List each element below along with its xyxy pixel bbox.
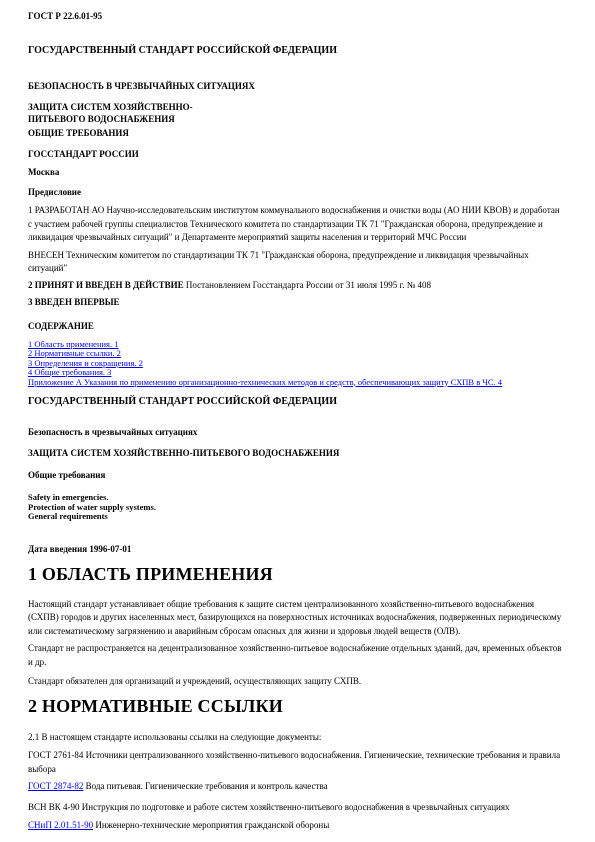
title-requirements: Общие требования <box>28 469 565 481</box>
toc-link-general-requirements[interactable]: 4 Общие требования. 3 <box>28 367 111 377</box>
effective-date: Дата введения 1996-07-01 <box>28 543 565 555</box>
safety-title: БЕЗОПАСНОСТЬ В ЧРЕЗВЫЧАЙНЫХ СИТУАЦИЯХ <box>28 80 565 92</box>
toc-item: Приложение А Указания по применению орга… <box>28 378 565 388</box>
foreword-item-2-label: 2 ПРИНЯТ И ВВЕДЕН В ДЕЙСТВИЕ <box>28 280 184 290</box>
foreword-item-1: 1 РАЗРАБОТАН АО Научно-исследовательским… <box>28 204 565 245</box>
section-1-paragraph-1: Настоящий стандарт устанавливает общие т… <box>28 598 565 639</box>
toc-link-normative-references[interactable]: 2 Нормативные ссылки. 2 <box>28 348 121 358</box>
reference-gost-2761-code: ГОСТ 2761-84 <box>28 750 83 760</box>
reference-vsn-vk-4-90: ВСН ВК 4-90 Инструкция по подготовке и р… <box>28 801 565 815</box>
section-2-heading: 2 НОРМАТИВНЫЕ ССЫЛКИ <box>28 695 565 717</box>
section-1-paragraph-2: Стандарт не распространяется на децентра… <box>28 642 565 669</box>
title-standard-type: ГОСУДАРСТВЕННЫЙ СТАНДАРТ РОССИЙСКОЙ ФЕДЕ… <box>28 396 565 408</box>
reference-gost-2874-link[interactable]: ГОСТ 2874-82 <box>28 781 83 791</box>
table-of-contents: 1 Область применения. 1 2 Нормативные сс… <box>28 340 565 388</box>
publisher-label: ГОССТАНДАРТ РОССИИ <box>28 148 565 160</box>
foreword-title: Предисловие <box>28 186 565 198</box>
reference-snip-2-01-51: СНиП 2.01.51-90 Инженерно-технические ме… <box>28 819 565 833</box>
title-subject: ЗАЩИТА СИСТЕМ ХОЗЯЙСТВЕННО-ПИТЬЕВОГО ВОД… <box>28 447 565 459</box>
reference-vsn-vk-code: ВСН ВК 4-90 <box>28 802 80 812</box>
title-safety-subtitle: Безопасность в чрезвычайных ситуациях <box>28 426 565 438</box>
city-label: Москва <box>28 166 565 178</box>
reference-snip-link[interactable]: СНиП 2.01.51-90 <box>28 820 93 830</box>
toc-title: СОДЕРЖАНИЕ <box>28 320 565 332</box>
doc-number: ГОСТ Р 22.6.01-95 <box>28 10 565 22</box>
reference-snip-text: Инженерно-технические мероприятия гражда… <box>93 820 329 830</box>
standard-type-heading: ГОСУДАРСТВЕННЫЙ СТАНДАРТ РОССИЙСКОЙ ФЕДЕ… <box>28 45 565 57</box>
section-1-heading: 1 ОБЛАСТЬ ПРИМЕНЕНИЯ <box>28 563 565 585</box>
toc-link-definitions-abbreviations[interactable]: 3 Определения и сокращения. 2 <box>28 358 143 368</box>
subject-title-line1: ЗАЩИТА СИСТЕМ ХОЗЯЙСТВЕННО- <box>28 101 565 113</box>
reference-vsn-vk-text: Инструкция по подготовке и работе систем… <box>80 802 510 812</box>
foreword-item-vnesen: ВНЕСЕН Техническим комитетом по стандарт… <box>28 249 565 276</box>
section-2-intro: 2.1 В настоящем стандарте использованы с… <box>28 731 565 745</box>
reference-gost-2874: ГОСТ 2874-82 Вода питьевая. Гигиенически… <box>28 780 565 794</box>
foreword-item-3: 3 ВВЕДЕН ВПЕРВЫЕ <box>28 296 565 310</box>
reference-gost-2874-text: Вода питьевая. Гигиенические требования … <box>83 781 327 791</box>
foreword-item-2: 2 ПРИНЯТ И ВВЕДЕН В ДЕЙСТВИЕ Постановлен… <box>28 279 565 293</box>
subject-title-line2: ПИТЬЕВОГО ВОДОСНАБЖЕНИЯ <box>28 113 565 125</box>
subject-title: ЗАЩИТА СИСТЕМ ХОЗЯЙСТВЕННО- ПИТЬЕВОГО ВО… <box>28 101 565 125</box>
english-title-line2: Protection of water supply systems. <box>28 503 565 513</box>
section-1-paragraph-3: Стандарт обязателен для организаций и уч… <box>28 675 565 689</box>
english-title-block: Safety in emergencies. Protection of wat… <box>28 493 565 522</box>
reference-gost-2761-text: Источники централизованного хозяйственно… <box>28 750 560 774</box>
general-requirements-label: ОБЩИЕ ТРЕБОВАНИЯ <box>28 127 565 139</box>
reference-gost-2761: ГОСТ 2761-84 Источники централизованного… <box>28 749 565 776</box>
toc-link-appendix-a[interactable]: Приложение А Указания по применению орга… <box>28 377 502 387</box>
english-title-line3: General requirements <box>28 512 565 522</box>
foreword-item-2-text: Постановлением Госстандарта России от 31… <box>184 280 431 290</box>
toc-link-area-of-application[interactable]: 1 Область применения. 1 <box>28 339 118 349</box>
document-page: ГОСТ Р 22.6.01-95 ГОСУДАРСТВЕННЫЙ СТАНДА… <box>0 0 595 842</box>
